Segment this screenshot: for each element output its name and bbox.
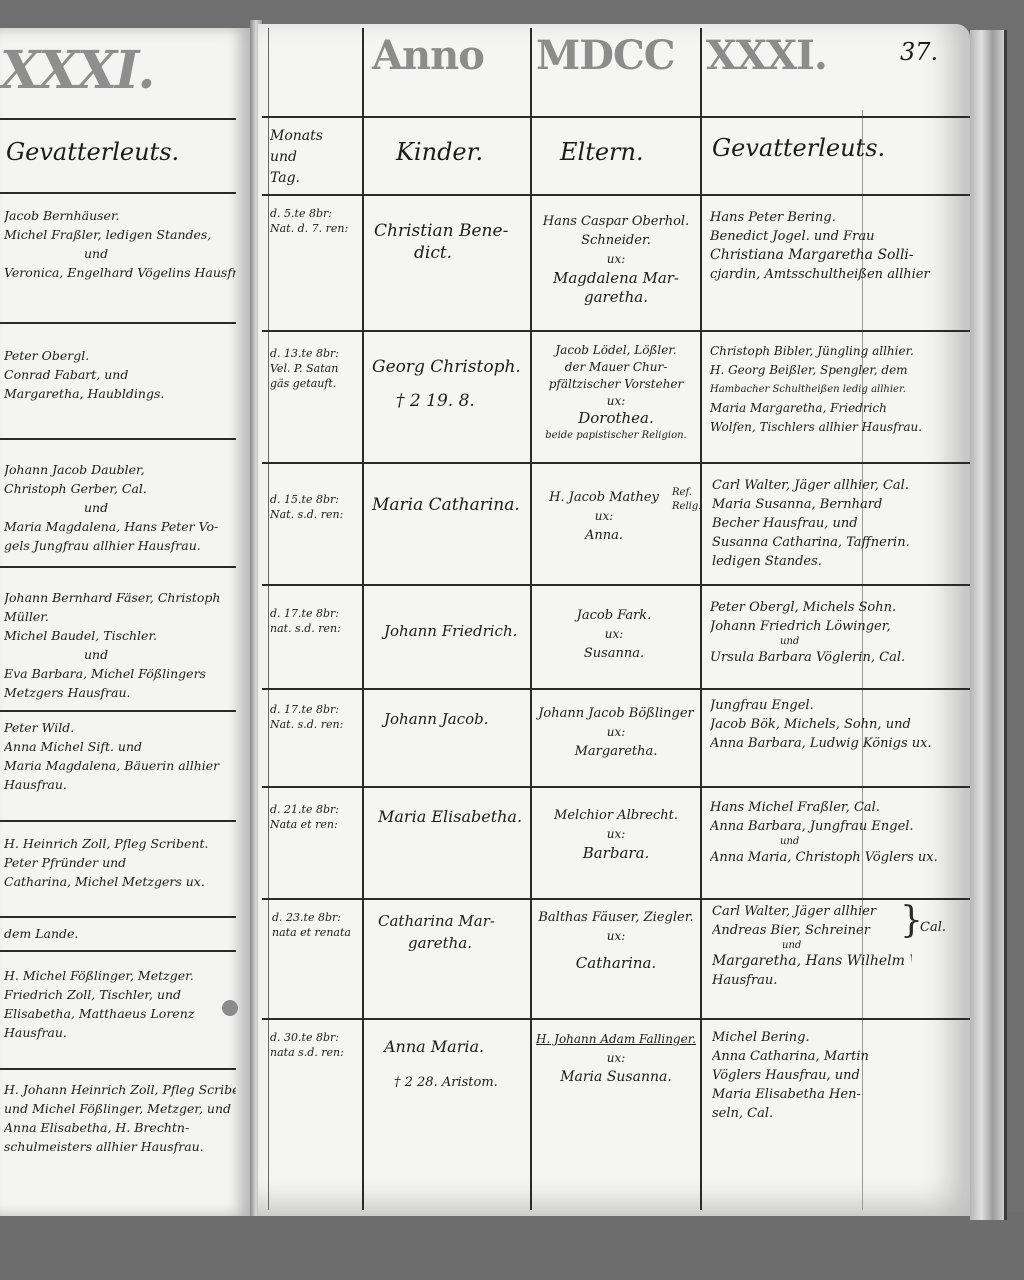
death-note: † 2 19. 8. <box>372 390 521 412</box>
entry-line: Maria Magdalena, Bäuerin allhier <box>4 756 236 775</box>
godparent-line: seln, Cal. <box>712 1104 962 1123</box>
row-divider <box>262 330 970 332</box>
header-godparents: Gevatterleuts. <box>712 134 885 162</box>
header-date: Monats und Tag. <box>270 126 323 189</box>
title-mdcc: MDCC <box>536 32 675 79</box>
ux-label: ux: <box>534 507 674 526</box>
child-line: Christian Bene- <box>374 220 508 242</box>
child-line: garetha. <box>378 932 495 954</box>
entry-line: Conrad Fabart, und <box>4 365 236 384</box>
divider <box>0 322 236 324</box>
date-line: Nat. s.d. ren: <box>270 507 343 522</box>
child-line: dict. <box>374 242 508 264</box>
divider <box>0 950 236 952</box>
child-line: Maria Elisabetha. <box>378 806 522 828</box>
parent-line: Maria Susanna. <box>534 1068 698 1087</box>
entry-line: H. Heinrich Zoll, Pfleg Scribent. <box>4 834 236 853</box>
parent-line: Anna. <box>534 526 674 545</box>
parent-line: Dorothea. <box>534 410 698 427</box>
entry-line: Peter Wild. <box>4 718 236 737</box>
row-divider <box>262 688 970 690</box>
religion-note: Ref. Relig. <box>672 486 701 514</box>
divider <box>0 1068 236 1070</box>
entry-line: Hausfrau. <box>4 1023 236 1042</box>
row-date: d. 5.te 8br: Nat. d. 7. ren: <box>270 206 348 236</box>
godparent-line: und <box>710 636 960 648</box>
entry-line: Elisabetha, Matthaeus Lorenz <box>4 1004 236 1023</box>
godparent-line: Anna Maria, Christoph Vöglers ux. <box>710 848 960 867</box>
godparent-line: cjardin, Amtsschultheißen allhier <box>710 265 960 284</box>
entry-line: Margaretha, Haubldings. <box>4 384 236 403</box>
row-date: d. 13.te 8br: Vel. P. Satan gäs getauft. <box>270 346 339 391</box>
header-date-line: Tag. <box>270 168 323 189</box>
ux-label: ux: <box>534 723 698 742</box>
godparent-line: Hans Michel Fraßler, Cal. <box>710 798 960 817</box>
entry-line: Christoph Gerber, Cal. <box>4 479 236 498</box>
godparent-line: und <box>712 940 912 952</box>
entry-line: dem Lande. <box>4 924 236 943</box>
child-name: Catharina Mar- garetha. <box>378 910 495 954</box>
parents: Balthas Fäuser, Ziegler. ux: Catharina. <box>534 908 698 973</box>
child-line: Johann Friedrich. <box>384 620 517 642</box>
ink-smudge <box>222 1000 238 1016</box>
godparent-line: Jungfrau Engel. <box>710 696 960 715</box>
godparents: Hans Michel Fraßler, Cal. Anna Barbara, … <box>710 798 960 867</box>
margin-line <box>268 28 269 1210</box>
godparent-line: Carl Walter, Jäger allhier <box>712 902 912 921</box>
date-line: d. 17.te 8br: <box>270 702 343 717</box>
godparents: Hans Peter Bering. Benedict Jogel. und F… <box>710 208 960 284</box>
godparent-line: ledigen Standes. <box>712 552 962 571</box>
row-date: d. 21.te 8br: Nata et ren: <box>270 802 339 832</box>
header-children: Kinder. <box>396 138 483 166</box>
entry-line: Friedrich Zoll, Tischler, und <box>4 985 236 1004</box>
godparent-line: Christiana Margaretha Solli- <box>710 246 960 265</box>
child-name: Maria Elisabetha. <box>378 806 522 828</box>
entry-line: und <box>4 244 236 263</box>
row-date: d. 17.te 8br: nat. s.d. ren: <box>270 606 341 636</box>
parents: Johann Jacob Bößlinger ux: Margaretha. <box>534 704 698 761</box>
child-line: Maria Catharina. <box>372 494 520 516</box>
divider <box>0 438 236 440</box>
godparent-line: Carl Walter, Jäger allhier, Cal. <box>712 476 962 495</box>
parent-line: Susanna. <box>534 644 694 663</box>
row-divider <box>262 786 970 788</box>
child-name: Johann Jacob. <box>384 708 489 730</box>
godparent-line: Anna Barbara, Ludwig Königs ux. <box>710 734 960 753</box>
child-name: Christian Bene- dict. <box>374 220 508 264</box>
row-divider <box>262 898 970 900</box>
entry-line: Johann Bernhard Fäser, Christoph <box>4 588 236 607</box>
parent-line: H. Johann Adam Fallinger. <box>534 1030 698 1049</box>
parents: Jacob Lödel, Lößler. der Mauer Chur- pfä… <box>534 342 698 444</box>
header-parents: Eltern. <box>560 138 644 166</box>
divider <box>0 192 236 194</box>
godparent-line: Maria Susanna, Bernhard <box>712 495 962 514</box>
entry-line: Müller. <box>4 607 236 626</box>
parent-line: Margaretha. <box>534 742 698 761</box>
row-date: d. 30.te 8br: nata s.d. ren: <box>270 1030 344 1060</box>
entry-line: H. Michel Fößlinger, Metzger. <box>4 966 236 985</box>
date-line: gäs getauft. <box>270 376 339 391</box>
child-line: Johann Jacob. <box>384 708 489 730</box>
godparents: Michel Bering. Anna Catharina, Martin Vö… <box>712 1028 962 1123</box>
date-line: d. 23.te 8br: <box>272 910 351 925</box>
date-line: nat. s.d. ren: <box>270 621 341 636</box>
godparents: Christoph Bibler, Jüngling allhier. H. G… <box>710 342 960 437</box>
row-date: d. 15.te 8br: Nat. s.d. ren: <box>270 492 343 522</box>
date-line: Vel. P. Satan <box>270 361 339 376</box>
godparent-line: Jacob Bök, Michels, Sohn, und <box>710 715 960 734</box>
date-line: d. 5.te 8br: <box>270 206 348 221</box>
left-entry: Jacob Bernhäuser. Michel Fraßler, ledige… <box>4 206 236 282</box>
godparents: Carl Walter, Jäger allhier Andreas Bier,… <box>712 902 912 990</box>
scan-background <box>0 1212 1024 1280</box>
date-line: d. 15.te 8br: <box>270 492 343 507</box>
column-divider <box>362 28 364 1210</box>
entry-line: Jacob Bernhäuser. <box>4 206 236 225</box>
entry-line: Catharina, Michel Metzgers ux. <box>4 872 236 891</box>
parents: Hans Caspar Oberhol. Schneider. ux: Magd… <box>534 212 698 307</box>
entry-line: Michel Baudel, Tischler. <box>4 626 236 645</box>
entry-line: und Michel Fößlinger, Metzger, und <box>4 1099 236 1118</box>
godparent-line: und <box>710 836 960 848</box>
parent-line: pfältzischer Vorsteher <box>534 376 698 393</box>
entry-line: Anna Michel Sift. und <box>4 737 236 756</box>
divider <box>0 820 236 822</box>
row-date: d. 23.te 8br: nata et renata <box>272 910 351 940</box>
godparent-line: Benedict Jogel. und Frau <box>710 227 960 246</box>
entry-line: Maria Magdalena, Hans Peter Vo- <box>4 517 236 536</box>
left-entry: Johann Bernhard Fäser, Christoph Müller.… <box>4 588 236 702</box>
header-date-line: Monats <box>270 126 323 147</box>
godparents: Carl Walter, Jäger allhier, Cal. Maria S… <box>712 476 962 571</box>
date-line: Nat. d. 7. ren: <box>270 221 348 236</box>
row-divider <box>262 194 970 196</box>
godparent-line: Andreas Bier, Schreiner <box>712 921 912 940</box>
parent-line: Catharina. <box>534 954 698 973</box>
entry-line: gels Jungfrau allhier Hausfrau. <box>4 536 236 555</box>
date-line: d. 13.te 8br: <box>270 346 339 361</box>
entry-line: und <box>4 498 236 517</box>
parent-line: Hans Caspar Oberhol. <box>534 212 698 231</box>
godparent-line: Anna Barbara, Jungfrau Engel. <box>710 817 960 836</box>
parents: Melchior Albrecht. ux: Barbara. <box>534 806 698 863</box>
godparent-line: Peter Obergl, Michels Sohn. <box>710 598 960 617</box>
godparent-note: Cal. <box>920 918 946 937</box>
date-line: Nata et ren: <box>270 817 339 832</box>
divider <box>0 118 236 120</box>
left-entry: H. Johann Heinrich Zoll, Pfleg Scribent.… <box>4 1080 236 1156</box>
death-note: † 2 28. Aristom. <box>384 1072 498 1094</box>
row-date: d. 17.te 8br: Nat. s.d. ren: <box>270 702 343 732</box>
column-divider <box>700 28 702 1210</box>
parent-line: Barbara. <box>534 844 698 863</box>
godparent-line: Maria Margaretha, Friedrich <box>710 399 960 418</box>
divider <box>0 916 236 918</box>
entry-line: Peter Obergl. <box>4 346 236 365</box>
parent-line: Johann Jacob Bößlinger <box>534 704 698 723</box>
parents: Jacob Fark. ux: Susanna. <box>534 606 694 663</box>
date-line: d. 21.te 8br: <box>270 802 339 817</box>
godparent-line: Hausfrau. <box>712 971 912 990</box>
parents: H. Johann Adam Fallinger. ux: Maria Susa… <box>534 1030 698 1087</box>
date-line: d. 17.te 8br: <box>270 606 341 621</box>
left-entry: Peter Wild. Anna Michel Sift. und Maria … <box>4 718 236 794</box>
godparent-line: H. Georg Beißler, Spengler, dem <box>710 361 960 380</box>
left-entry: dem Lande. <box>4 924 236 943</box>
divider <box>0 710 236 712</box>
godparent-line: Vöglers Hausfrau, und <box>712 1066 962 1085</box>
parent-line: Schneider. <box>534 231 698 250</box>
godparents: Peter Obergl, Michels Sohn. Johann Fried… <box>710 598 960 667</box>
row-divider <box>262 462 970 464</box>
child-name: Maria Catharina. <box>372 494 520 516</box>
left-column-header: Gevatterleuts. <box>6 138 179 166</box>
entry-line: Michel Fraßler, ledigen Standes, <box>4 225 236 244</box>
row-divider <box>262 584 970 586</box>
parent-line: Magdalena Mar- <box>534 269 698 288</box>
godparent-line: Hambacher Schultheißen ledig allhier. <box>710 380 960 399</box>
child-name: Johann Friedrich. <box>384 620 517 642</box>
entry-line: Metzgers Hausfrau. <box>4 683 236 702</box>
godparent-line: Michel Bering. <box>712 1028 962 1047</box>
child-name: Anna Maria. † 2 28. Aristom. <box>384 1036 498 1094</box>
child-line: Georg Christoph. <box>372 356 521 378</box>
child-name: Georg Christoph. † 2 19. 8. <box>372 356 521 412</box>
entry-line: Eva Barbara, Michel Fößlingers <box>4 664 236 683</box>
godparent-line: Wolfen, Tischlers allhier Hausfrau. <box>710 418 960 437</box>
parent-line: der Mauer Chur- <box>534 359 698 376</box>
entry-line: Peter Pfründer und <box>4 853 236 872</box>
left-entry: H. Michel Fößlinger, Metzger. Friedrich … <box>4 966 236 1042</box>
note-line: Ref. <box>672 486 701 500</box>
title-xxxi: XXXI. <box>706 32 827 79</box>
child-line: Anna Maria. <box>384 1036 498 1058</box>
ux-label: ux: <box>534 393 698 410</box>
godparent-line: Maria Elisabetha Hen- <box>712 1085 962 1104</box>
parent-line: Melchior Albrecht. <box>534 806 698 825</box>
page-edge <box>970 30 1007 1220</box>
godparents: Jungfrau Engel. Jacob Bök, Michels, Sohn… <box>710 696 960 753</box>
godparent-line: Johann Friedrich Löwinger, <box>710 617 960 636</box>
godparent-line: Christoph Bibler, Jüngling allhier. <box>710 342 960 361</box>
entry-line: Veronica, Engelhard Vögelins Hausfrau. <box>4 263 236 282</box>
divider <box>0 566 236 568</box>
date-line: Nat. s.d. ren: <box>270 717 343 732</box>
ux-label: ux: <box>534 927 698 946</box>
parent-line: Jacob Lödel, Lößler. <box>534 342 698 359</box>
note-line: Relig. <box>672 500 701 514</box>
child-line: Catharina Mar- <box>378 910 495 932</box>
ux-label: ux: <box>534 625 694 644</box>
godparent-line: Susanna Catharina, Taffnerin. <box>712 533 962 552</box>
title-anno: Anno <box>372 32 484 79</box>
date-line: nata et renata <box>272 925 351 940</box>
entry-line: Hausfrau. <box>4 775 236 794</box>
parent-line: H. Jacob Mathey <box>534 488 674 507</box>
godparent-line: Hans Peter Bering. <box>710 208 960 227</box>
date-line: d. 30.te 8br: <box>270 1030 344 1045</box>
left-page-title-fragment: XXXI. <box>0 40 153 101</box>
ux-label: ux: <box>534 825 698 844</box>
parent-line: beide papistischer Religion. <box>534 427 698 444</box>
godparent-line: Anna Catharina, Martin <box>712 1047 962 1066</box>
page-number: 37. <box>900 38 938 66</box>
entry-line: H. Johann Heinrich Zoll, Pfleg Scribent. <box>4 1080 236 1099</box>
row-divider <box>262 116 970 118</box>
parent-line: Jacob Fark. <box>534 606 694 625</box>
left-entry: Johann Jacob Daubler, Christoph Gerber, … <box>4 460 236 555</box>
entry-line: und <box>4 645 236 664</box>
left-page: XXXI. Gevatterleuts. Jacob Bernhäuser. M… <box>0 28 254 1216</box>
left-entry: H. Heinrich Zoll, Pfleg Scribent. Peter … <box>4 834 236 891</box>
godparent-line: Ursula Barbara Vöglerin, Cal. <box>710 648 960 667</box>
entry-line: Anna Elisabetha, H. Brechtn- <box>4 1118 236 1137</box>
header-date-line: und <box>270 147 323 168</box>
ux-label: ux: <box>534 1049 698 1068</box>
date-line: nata s.d. ren: <box>270 1045 344 1060</box>
parent-line: garetha. <box>534 288 698 307</box>
entry-line: schulmeisters allhier Hausfrau. <box>4 1137 236 1156</box>
parent-line: Balthas Fäuser, Ziegler. <box>534 908 698 927</box>
column-divider <box>530 28 532 1210</box>
row-divider <box>262 1018 970 1020</box>
ux-label: ux: <box>534 250 698 269</box>
parents: H. Jacob Mathey ux: Anna. <box>534 488 674 545</box>
entry-line: Johann Jacob Daubler, <box>4 460 236 479</box>
godparent-line: Becher Hausfrau, und <box>712 514 962 533</box>
godparent-line: Margaretha, Hans Wilhelm Weil <box>712 952 912 971</box>
left-entry: Peter Obergl. Conrad Fabart, und Margare… <box>4 346 236 403</box>
